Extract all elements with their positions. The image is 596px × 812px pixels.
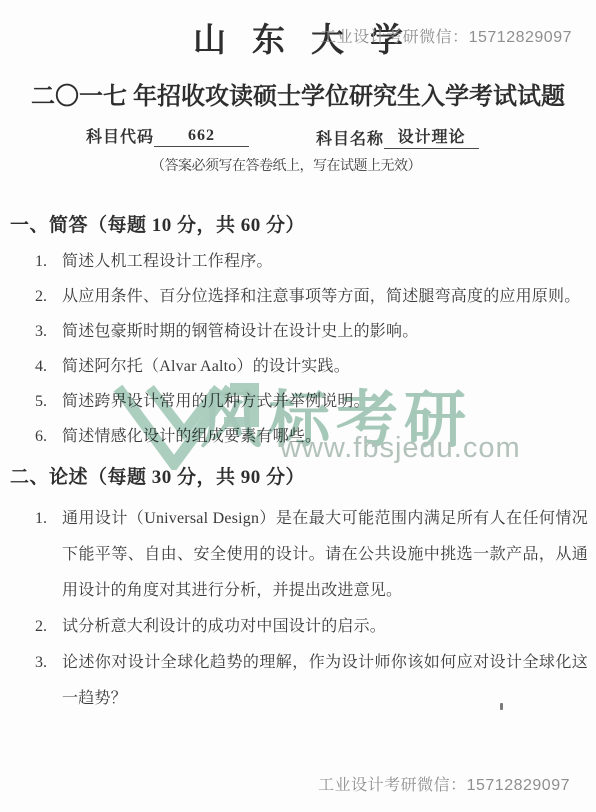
question-number: 5. xyxy=(35,392,62,411)
answer-instruction-note: （答案必须写在答卷纸上，写在试题上无效） xyxy=(0,155,584,175)
exam-paper-page: 山东大学 工业设计考研微信：15712829097 二〇一七 年招收攻读硕士学位… xyxy=(0,0,596,812)
section-2-question-list: 1. 通用设计（Universal Design）是在最大可能范围内满足所有人在… xyxy=(35,501,588,717)
contact-watermark-top: 工业设计考研微信：15712829097 xyxy=(320,24,572,47)
section-1-heading: 一、简答（每题 10 分，共 60 分） xyxy=(10,210,588,237)
subject-code-value: 662 xyxy=(154,127,249,147)
question-number: 1. xyxy=(35,501,62,609)
question-number: 3. xyxy=(35,322,62,341)
subject-name-group: 科目名称 设计理论 xyxy=(316,124,479,149)
section-short-answer: 一、简答（每题 10 分，共 60 分） 1. 简述人机工程设计工作程序。 2.… xyxy=(10,210,588,462)
section-2-heading: 二、论述（每题 30 分，共 90 分） xyxy=(10,462,588,489)
question-text: 简述包豪斯时期的钢管椅设计在设计史上的影响。 xyxy=(62,322,588,341)
contact-watermark-bottom: 工业设计考研微信：15712829097 xyxy=(318,772,570,795)
question-item: 5. 简述跨界设计常用的几种方式并举例说明。 xyxy=(35,392,588,411)
question-text: 通用设计（Universal Design）是在最大可能范围内满足所有人在任何情… xyxy=(62,501,588,609)
question-item: 2. 从应用条件、百分位选择和注意事项等方面，简述腿弯高度的应用原则。 xyxy=(35,287,588,306)
subject-info-row: 科目代码 662 科目名称 设计理论 xyxy=(0,124,596,148)
section-1-question-list: 1. 简述人机工程设计工作程序。 2. 从应用条件、百分位选择和注意事项等方面，… xyxy=(35,252,588,446)
section-essay: 二、论述（每题 30 分，共 90 分） 1. 通用设计（Universal D… xyxy=(10,462,588,717)
question-text: 简述情感化设计的组成要素有哪些。 xyxy=(62,427,588,446)
question-item: 4. 简述阿尔托（Alvar Aalto）的设计实践。 xyxy=(35,357,588,376)
question-item: 3. 简述包豪斯时期的钢管椅设计在设计史上的影响。 xyxy=(35,322,588,341)
question-text: 简述跨界设计常用的几种方式并举例说明。 xyxy=(62,392,588,411)
question-text: 简述阿尔托（Alvar Aalto）的设计实践。 xyxy=(62,357,588,376)
question-text: 从应用条件、百分位选择和注意事项等方面，简述腿弯高度的应用原则。 xyxy=(62,287,588,306)
question-item: 2. 试分析意大利设计的成功对中国设计的启示。 xyxy=(35,609,588,645)
question-number: 6. xyxy=(35,427,62,446)
question-number: 4. xyxy=(35,357,62,376)
question-number: 2. xyxy=(35,609,62,645)
question-number: 2. xyxy=(35,287,62,306)
subject-code-label: 科目代码 xyxy=(86,124,154,147)
subject-name-label: 科目名称 xyxy=(316,126,384,149)
question-number: 1. xyxy=(35,252,62,271)
subject-name-value: 设计理论 xyxy=(384,124,479,149)
question-number: 3. xyxy=(35,645,62,717)
question-text: 简述人机工程设计工作程序。 xyxy=(62,252,588,271)
question-text: 试分析意大利设计的成功对中国设计的启示。 xyxy=(62,609,588,645)
question-item: 1. 简述人机工程设计工作程序。 xyxy=(35,252,588,271)
question-item: 3. 论述你对设计全球化趋势的理解，作为设计师你该如何应对设计全球化这一趋势？ xyxy=(35,645,588,717)
question-item: 1. 通用设计（Universal Design）是在最大可能范围内满足所有人在… xyxy=(35,501,588,609)
question-text: 论述你对设计全球化趋势的理解，作为设计师你该如何应对设计全球化这一趋势？ xyxy=(62,645,588,717)
exam-title: 二〇一七 年招收攻读硕士学位研究生入学考试试题 xyxy=(0,76,596,111)
subject-code-group: 科目代码 662 xyxy=(86,124,249,147)
question-item: 6. 简述情感化设计的组成要素有哪些。 xyxy=(35,427,588,446)
